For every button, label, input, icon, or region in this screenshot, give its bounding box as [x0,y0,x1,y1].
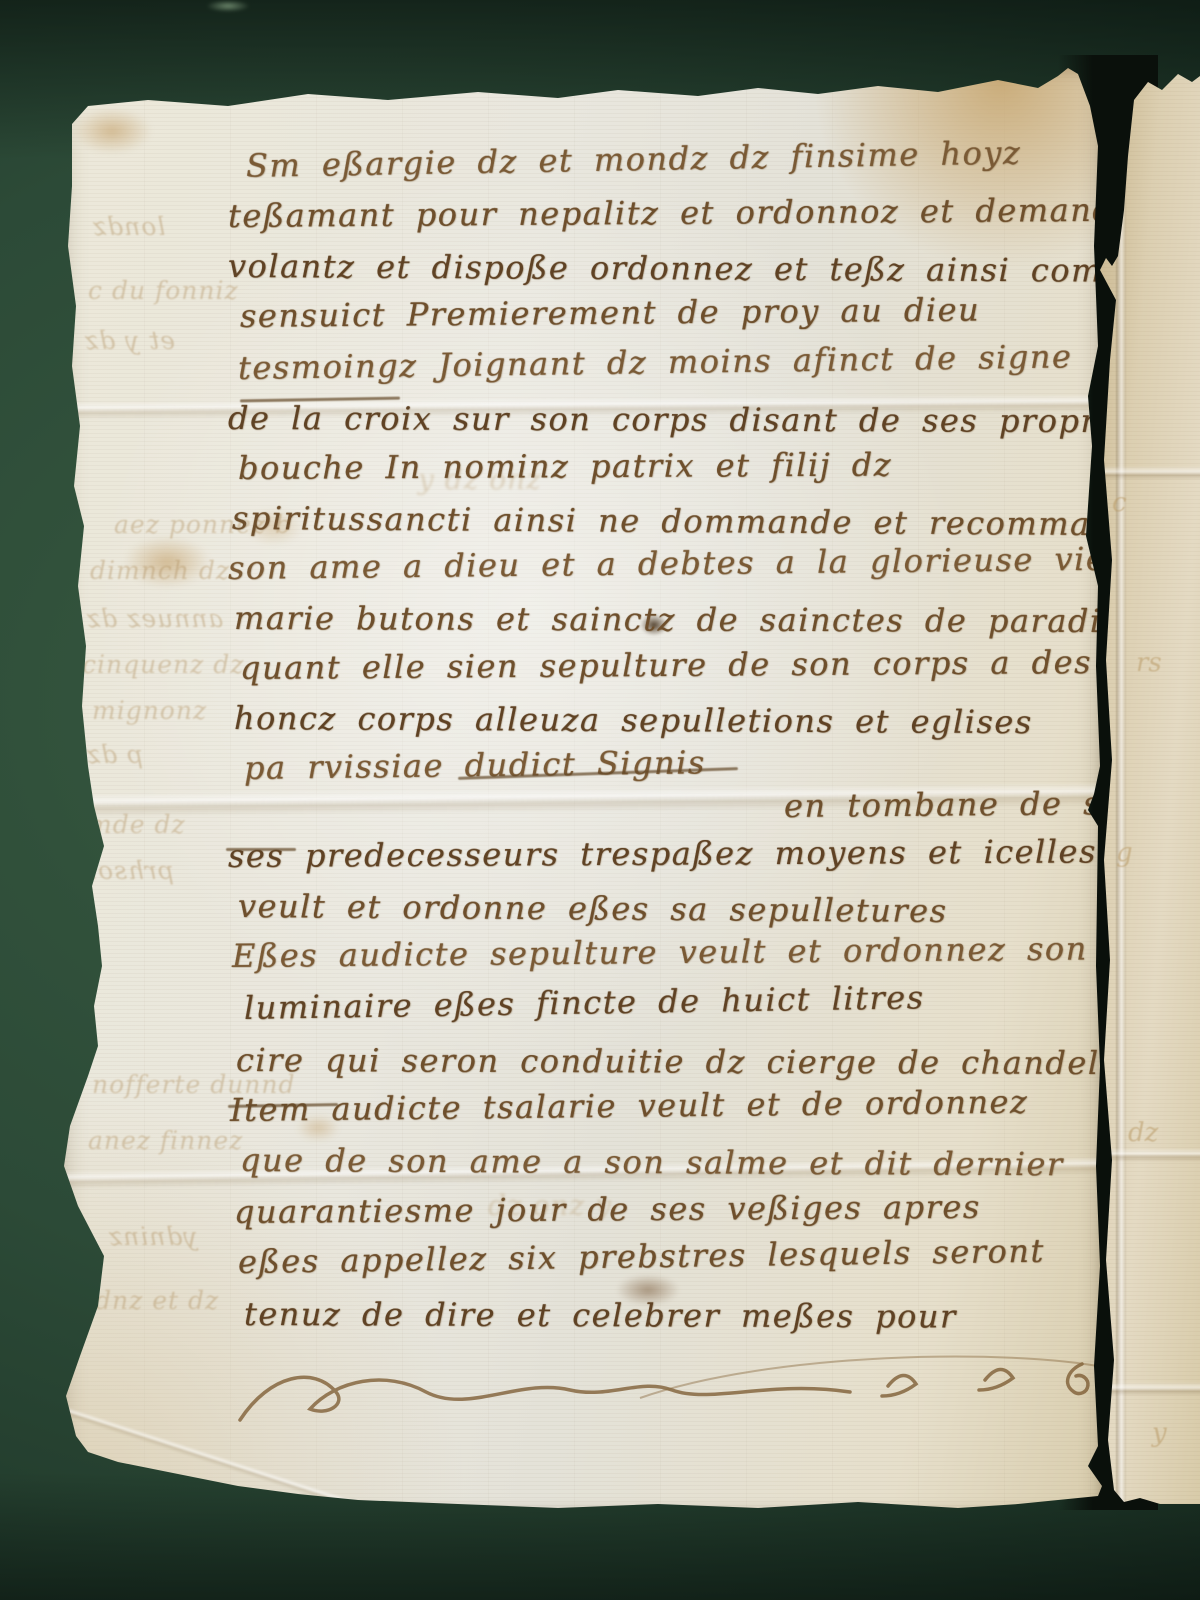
ghost-text: londz [92,214,165,239]
ink-stroke [226,848,296,851]
manuscript-line: eßes appellez six prebstres lesquels ser… [238,1235,1045,1278]
manuscript-line: ses predecesseurs trespaßez moyens et ic… [228,835,1097,872]
manuscript-line: Item audicte tsalarie veult et de ordonn… [230,1086,1029,1126]
manuscript-line: cire qui seron conduitie dz cierge de ch… [236,1044,1150,1079]
manuscript-line: tenuz de dire et celebrer meßes pour [244,1298,957,1332]
ghost-mark: g [1116,838,1133,868]
manuscript-line: marie butons et sainctz de sainctes de p… [234,602,1120,637]
manuscript-line: volantz et dispoße ordonnez et teßz ains… [228,250,1155,287]
ghost-text: c du fonniz [88,278,239,303]
manuscript-line: Sm eßargie dz et mondz dz finsime hoyz [246,136,1022,182]
ink-flourish [210,1334,1130,1464]
ghost-mark: c [1112,488,1127,518]
ghost-mark: y [1152,1418,1167,1448]
manuscript-line: luminaire eßes fincte de huict litres [244,981,925,1024]
manuscript-page: londz c du fonniz et y dz aez ponnez b d… [58,66,1106,1514]
ghost-text: anez finnez [88,1128,243,1153]
cloth-fleck [206,0,250,12]
manuscript-line: tesmoingz Joignant dz moins afinct de si… [238,340,1073,384]
stain [72,108,152,154]
fold-crease [1100,466,1200,480]
manuscript-line: teßamant pour nepalitz et ordonnoz et de… [228,194,1133,232]
manuscript-line: que de son ame a son salme et dit dernie… [240,1144,1064,1180]
ghost-mark: rs [1136,648,1162,678]
ghost-text: prhson [80,858,174,883]
fold-crease [1100,1148,1200,1162]
manuscript-line: en tombane de ses [784,787,1140,822]
ghost-text: p dz [86,742,143,767]
manuscript-line: sensuict Premierement de proy au dieu [240,294,980,332]
fold-crease [1100,1382,1200,1396]
ghost-text: cinquenz dz [82,652,244,677]
ghost-text: mde dz [88,812,186,837]
ghost-text: dimnch dz [90,558,230,583]
manuscript-line: son ame a dieu et a debtes a la glorieus… [228,542,1166,584]
manuscript-line: quarantiesme jour de ses veßiges apres [234,1191,981,1228]
ghost-text: et y dz [84,328,175,353]
handwriting-block: Sm eßargie dz et mondz dz finsime hoyz t… [228,140,1108,1360]
manuscript-line: bouche In nominz patrix et filij dz [238,449,892,484]
manuscript-line: honcz corps alleuza sepulletions et egli… [234,702,1033,738]
ghost-text: annuez dz [86,606,223,631]
manuscript-line: Eßes audicte sepulture veult et ordonnez… [232,933,1088,972]
ghost-text: ydninz [108,1224,198,1249]
manuscript-line: quant elle sien sepulture de son corps a… [240,646,1092,684]
photo-backdrop: c rs g dz y londz c du fonniz et y dz ae… [0,0,1200,1600]
ghost-mark: dz [1128,1118,1158,1148]
ghost-text: ldnz et dz [86,1288,219,1313]
facing-page-edge: c rs g dz y [1100,60,1200,1504]
manuscript-line: de la croix sur son corps disant de ses … [228,402,1136,437]
manuscript-line: spiritussancti ainsi ne dommande et reco… [232,502,1155,540]
facing-page-fold [1116,60,1126,1504]
manuscript-line: veult et ordonne eßes sa sepulletures [238,890,948,927]
ghost-text: mignonz [92,698,207,723]
